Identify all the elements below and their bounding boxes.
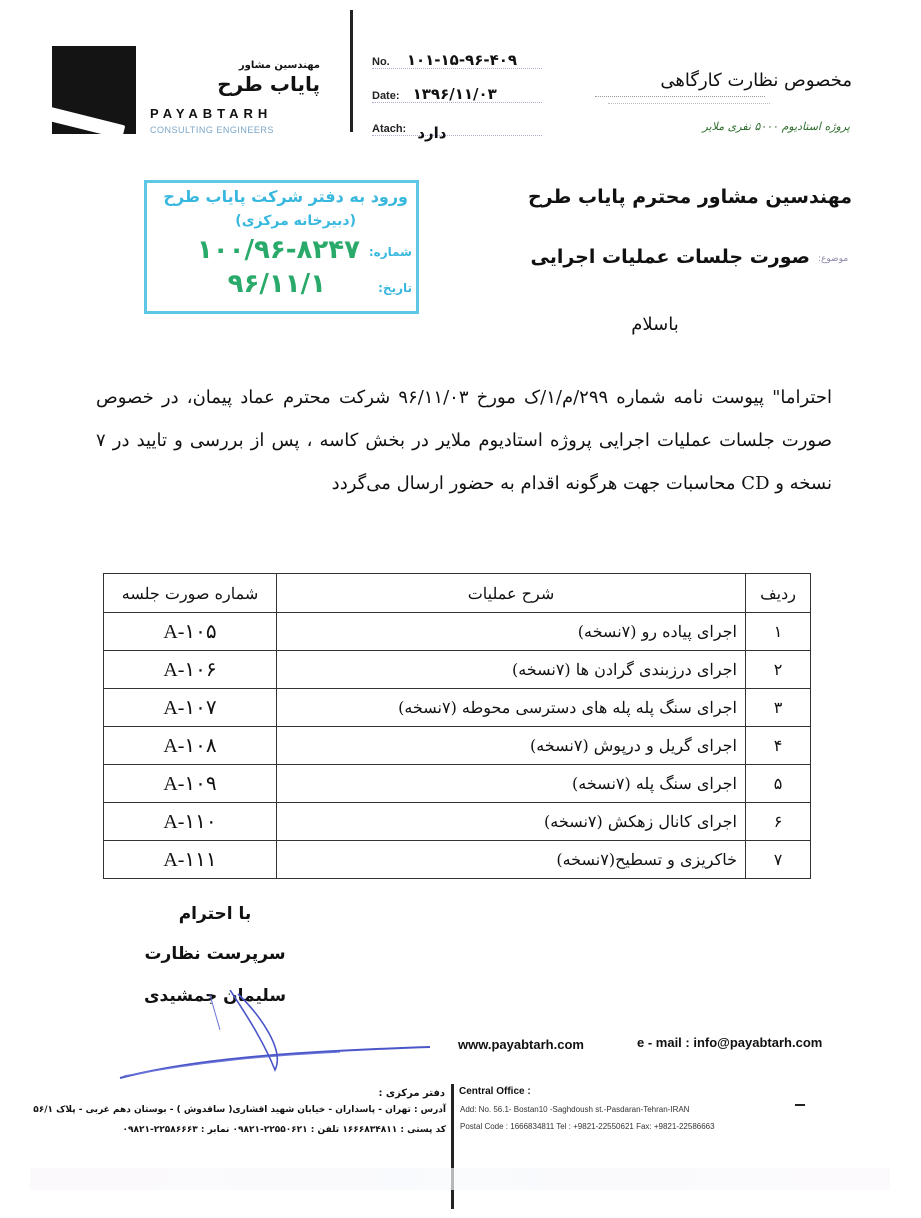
office-contact-en: Postal Code : 1666834811 Tel : +9821-225…: [460, 1122, 715, 1131]
company-name-fa: پایاب طرح: [180, 72, 320, 96]
row-description: اجرای درزبندی گرادن ها (۷نسخه): [277, 651, 746, 689]
row-minutes-number: A-۱۰۶: [104, 651, 277, 689]
scan-mark: [795, 1104, 805, 1106]
project-name: پروژه استادیوم ۵۰۰۰ نفری ملایر: [590, 120, 850, 133]
office-title-en: Central Office :: [459, 1086, 531, 1097]
office-contact-fa: کد پستی : ۱۶۶۶۸۳۴۸۱۱ تلفن : ۲۲۵۵۰۶۲۱-۰۹۸…: [70, 1125, 446, 1135]
table-row: ۳ اجرای سنگ پله پله های دسترسی محوطه (۷ن…: [104, 689, 811, 727]
row-minutes-number: A-۱۰۸: [104, 727, 277, 765]
subject: صورت جلسات عملیات اجرایی: [470, 246, 810, 268]
office-address-en: Add: No. 56.1- Bostan10 -Saghdoush st.-P…: [460, 1105, 689, 1114]
receipt-stamp: ورود به دفتر شرکت پایاب طرح (دبیرخانه مر…: [144, 180, 419, 314]
table-row: ۴ اجرای گریل و درپوش (۷نسخه) A-۱۰۸: [104, 727, 811, 765]
addressee: مهندسین مشاور محترم پایاب طرح: [480, 186, 852, 208]
row-description: خاکریزی و تسطیح(۷نسخه): [277, 841, 746, 879]
letter-number-value: ۱۰۱-۱۵-۹۶-۴۰۹: [407, 51, 517, 69]
row-number: ۴: [746, 727, 811, 765]
website-link[interactable]: www.payabtarh.com: [458, 1037, 584, 1052]
letter-number-label: No.: [372, 56, 390, 68]
stamp-date-value: ۹۶/۱۱/۱: [228, 269, 326, 299]
stamp-line-1: ورود به دفتر شرکت پایاب طرح: [163, 187, 408, 206]
row-number: ۵: [746, 765, 811, 803]
header-divider: [350, 10, 353, 132]
stamp-line-2: (دبیرخانه مرکزی): [235, 213, 356, 229]
table-row: ۱ اجرای پیاده رو (۷نسخه) A-۱۰۵: [104, 613, 811, 651]
email-link[interactable]: e - mail : info@payabtarh.com: [637, 1035, 822, 1050]
row-minutes-number: A-۱۱۱: [104, 841, 277, 879]
letter-attach-value: دارد: [417, 124, 446, 142]
letter-attach-label: Atach:: [372, 123, 406, 135]
supervision-title: مخصوص نظارت کارگاهی: [590, 70, 852, 91]
row-description: اجرای سنگ پله (۷نسخه): [277, 765, 746, 803]
signer-title: سرپرست نظارت: [140, 944, 290, 964]
header-minutes-number: شماره صورت جلسه: [104, 574, 277, 613]
header-row-number: ردیف: [746, 574, 811, 613]
supervision-underline: [595, 96, 765, 97]
scan-artifact-band: [30, 1168, 890, 1190]
office-address-fa: آدرس : تهران - پاسداران - خیابان شهید اق…: [70, 1105, 446, 1115]
row-description: اجرای پیاده رو (۷نسخه): [277, 613, 746, 651]
row-minutes-number: A-۱۰۷: [104, 689, 277, 727]
footer-divider: [451, 1084, 454, 1209]
row-minutes-number: A-۱۰۵: [104, 613, 277, 651]
handwritten-signature-icon: [110, 990, 470, 1085]
row-number: ۳: [746, 689, 811, 727]
closing-phrase: با احترام: [140, 904, 290, 924]
table-row: ۵ اجرای سنگ پله (۷نسخه) A-۱۰۹: [104, 765, 811, 803]
subject-label: موضوع:: [818, 254, 848, 264]
row-number: ۲: [746, 651, 811, 689]
row-minutes-number: A-۱۱۰: [104, 803, 277, 841]
letter-date-value: ۱۳۹۶/۱۱/۰۳: [413, 85, 497, 103]
table-row: ۶ اجرای کانال زهکش (۷نسخه) A-۱۱۰: [104, 803, 811, 841]
row-description: اجرای گریل و درپوش (۷نسخه): [277, 727, 746, 765]
supervision-underline-2: [608, 103, 770, 104]
row-description: اجرای کانال زهکش (۷نسخه): [277, 803, 746, 841]
letter-number-row: No. ۱۰۱-۱۵-۹۶-۴۰۹: [372, 50, 542, 69]
office-title-fa: دفتر مرکزی :: [360, 1088, 445, 1099]
letter-body: احتراما" پیوست نامه شماره ۲۹۹/م/۱/ک مورخ…: [96, 376, 832, 505]
greeting: باسلام: [580, 314, 730, 335]
table-row: ۷ خاکریزی و تسطیح(۷نسخه) A-۱۱۱: [104, 841, 811, 879]
operations-table: ردیف شرح عملیات شماره صورت جلسه ۱ اجرای …: [103, 573, 811, 879]
stamp-number-value: ۱۰۰/۹۶-۸۲۴۷: [197, 235, 360, 265]
table-row: ۲ اجرای درزبندی گرادن ها (۷نسخه) A-۱۰۶: [104, 651, 811, 689]
company-name-en: PAYABTARH: [150, 106, 272, 121]
row-minutes-number: A-۱۰۹: [104, 765, 277, 803]
header-description: شرح عملیات: [277, 574, 746, 613]
row-number: ۷: [746, 841, 811, 879]
letter-attach-row: Atach: دارد: [372, 117, 542, 136]
company-subtitle-fa: مهندسین مشاور: [230, 60, 320, 71]
row-number: ۶: [746, 803, 811, 841]
company-tagline: CONSULTING ENGINEERS: [150, 125, 274, 135]
stamp-date-label: تاریخ:: [378, 281, 412, 295]
letter-date-row: Date: ۱۳۹۶/۱۱/۰۳: [372, 84, 542, 103]
company-logo: [52, 46, 136, 134]
letter-date-label: Date:: [372, 90, 400, 102]
stamp-number-label: شماره:: [369, 245, 412, 259]
table-header-row: ردیف شرح عملیات شماره صورت جلسه: [104, 574, 811, 613]
row-number: ۱: [746, 613, 811, 651]
row-description: اجرای سنگ پله پله های دسترسی محوطه (۷نسخ…: [277, 689, 746, 727]
